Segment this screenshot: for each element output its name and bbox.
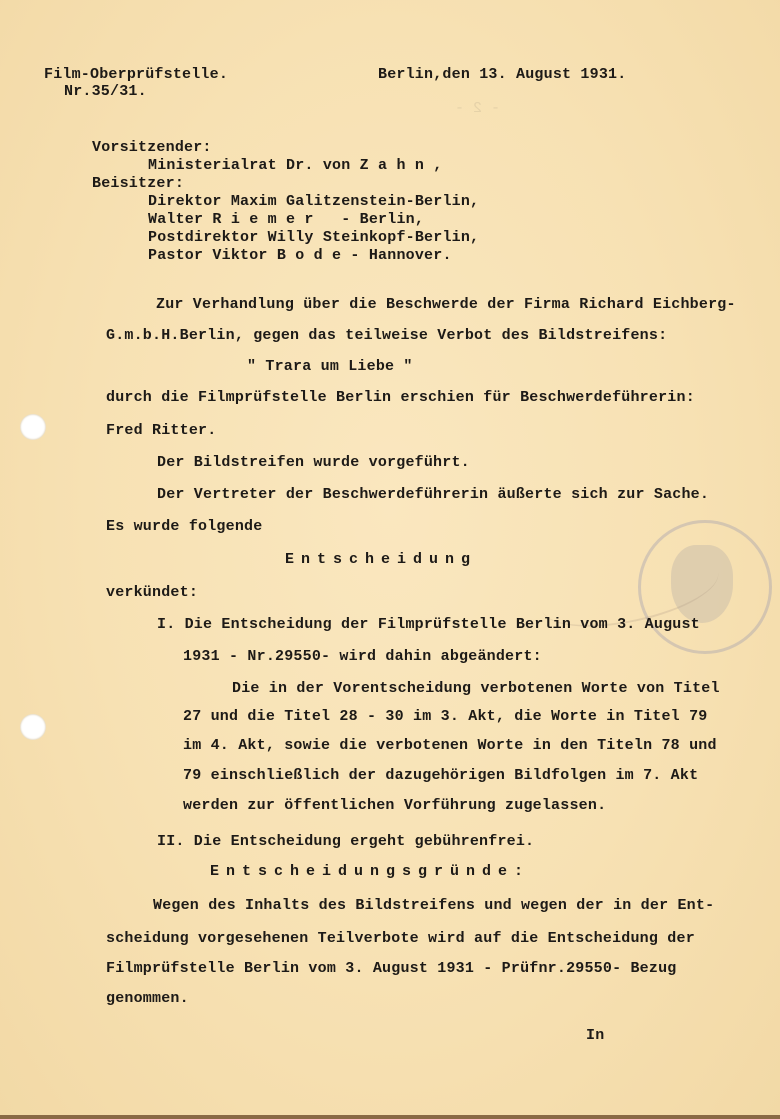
statement-line: Der Vertreter der Beschwerdeführerin äuß… [157,486,709,503]
reasons-line-3: Filmprüfstelle Berlin vom 3. August 1931… [106,960,677,977]
screened-line: Der Bildstreifen wurde vorgeführt. [157,454,470,471]
item-1-line-6: 79 einschließlich der dazugehörigen Bild… [183,767,698,784]
punch-hole-top [20,414,46,440]
assessors-label: Beisitzer: [92,175,184,192]
assessor: Direktor Maxim Galitzenstein-Berlin, [148,193,479,210]
assessor: Walter R i e m e r - Berlin, [148,211,424,228]
chair-label: Vorsitzender: [92,139,212,156]
reasons-line-2: scheidung vorgesehenen Teilverbote wird … [106,930,695,947]
item-1-line-7: werden zur öffentlichen Vorführung zugel… [183,797,606,814]
page-bottom-edge [0,1115,780,1119]
reasons-line-1: Wegen des Inhalts des Bildstreifens und … [153,897,714,914]
continuation-word: In [586,1027,604,1044]
intro-line-1: Zur Verhandlung über die Beschwerde der … [156,296,736,313]
following-line: Es wurde folgende [106,518,262,535]
item-1-line-1: I. Die Entscheidung der Filmprüfstelle B… [157,616,700,633]
appeared-line-1: durch die Filmprüfstelle Berlin erschien… [106,389,695,406]
appeared-line-2: Fred Ritter. [106,422,216,439]
decision-heading: Entscheidung [285,551,477,568]
reasons-heading: Entscheidungsgründe: [210,863,530,880]
assessor: Pastor Viktor B o d e - Hannover. [148,247,452,264]
item-2: II. Die Entscheidung ergeht gebührenfrei… [157,833,534,850]
item-1-line-5: im 4. Akt, sowie die verbotenen Worte in… [183,737,717,754]
chair-name: Ministerialrat Dr. von Z a h n , [148,157,442,174]
reasons-line-4: genommen. [106,990,189,1007]
item-1-line-2: 1931 - Nr.29550- wird dahin abgeändert: [183,648,542,665]
item-1-line-3: Die in der Vorentscheidung verbotenen Wo… [232,680,720,697]
item-1-line-4: 27 und die Titel 28 - 30 im 3. Akt, die … [183,708,707,725]
intro-line-2: G.m.b.H.Berlin, gegen das teilweise Verb… [106,327,667,344]
place-date: Berlin,den 13. August 1931. [378,66,626,83]
file-number: Nr.35/31. [64,83,147,100]
bleed-through-page-mark: - 2 - [455,100,500,117]
assessor: Postdirektor Willy Steinkopf-Berlin, [148,229,479,246]
office-name: Film-Oberprüfstelle. [44,66,228,83]
document-page: - 2 - Film-Oberprüfstelle. Nr.35/31. Ber… [0,0,780,1119]
punch-hole-bottom [20,714,46,740]
film-title: " Trara um Liebe " [247,358,413,375]
announced-line: verkündet: [106,584,198,601]
